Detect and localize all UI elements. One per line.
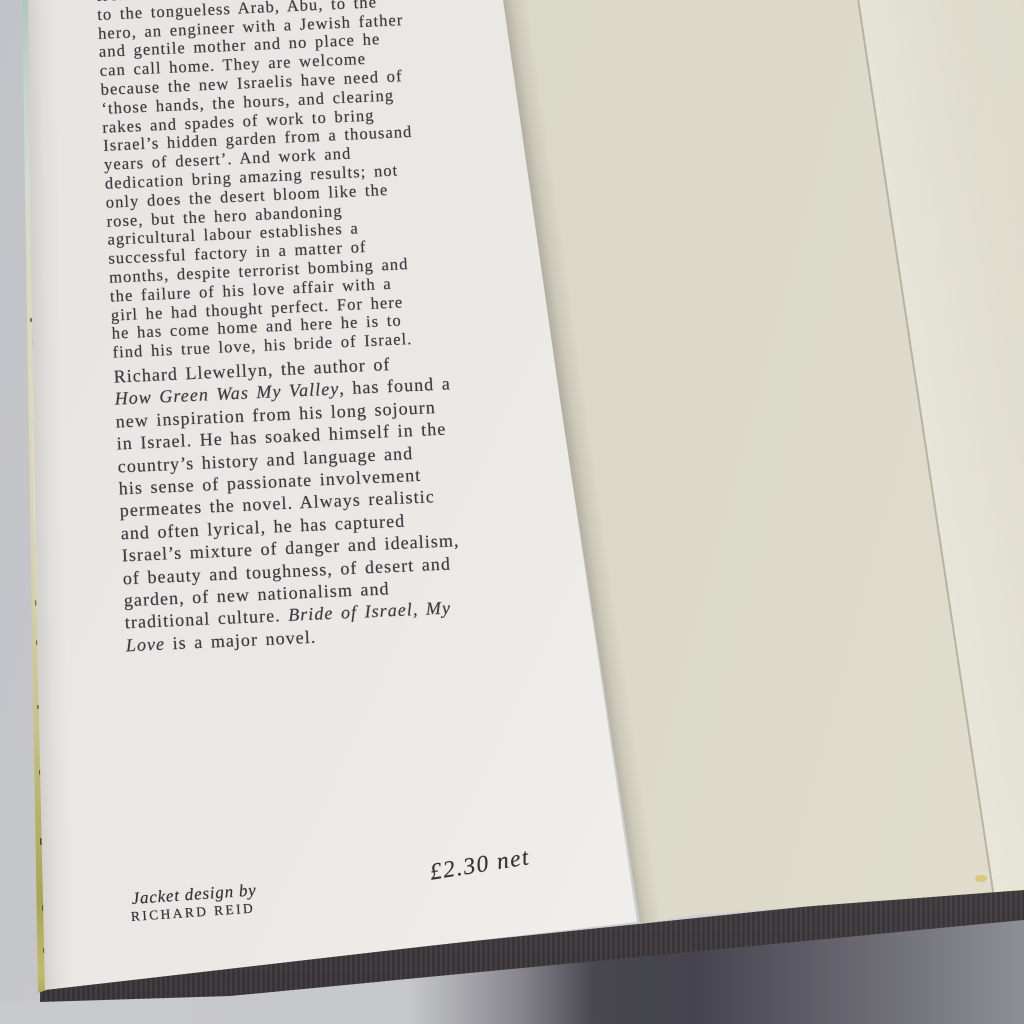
blurb-text-segment: , has found a [339, 374, 451, 399]
book-title-italic: Love [125, 633, 165, 655]
blurb-paragraph-2: Richard Llewellyn, the author ofHow Gree… [113, 346, 556, 656]
endpaper-stain [975, 875, 987, 882]
flap-blurb-text: from the lovely and mysteriousto the ton… [96, 0, 556, 657]
endpaper-sheen [857, 0, 1024, 981]
blurb-text-segment: is a major novel. [165, 626, 317, 653]
jacket-credit: Jacket design by RICHARD REID [131, 880, 258, 925]
photo-canvas: from the lovely and mysteriousto the ton… [0, 0, 1024, 1024]
blurb-paragraph-1: from the lovely and mysteriousto the ton… [96, 0, 543, 363]
price-label: £2.30 net [428, 844, 532, 886]
